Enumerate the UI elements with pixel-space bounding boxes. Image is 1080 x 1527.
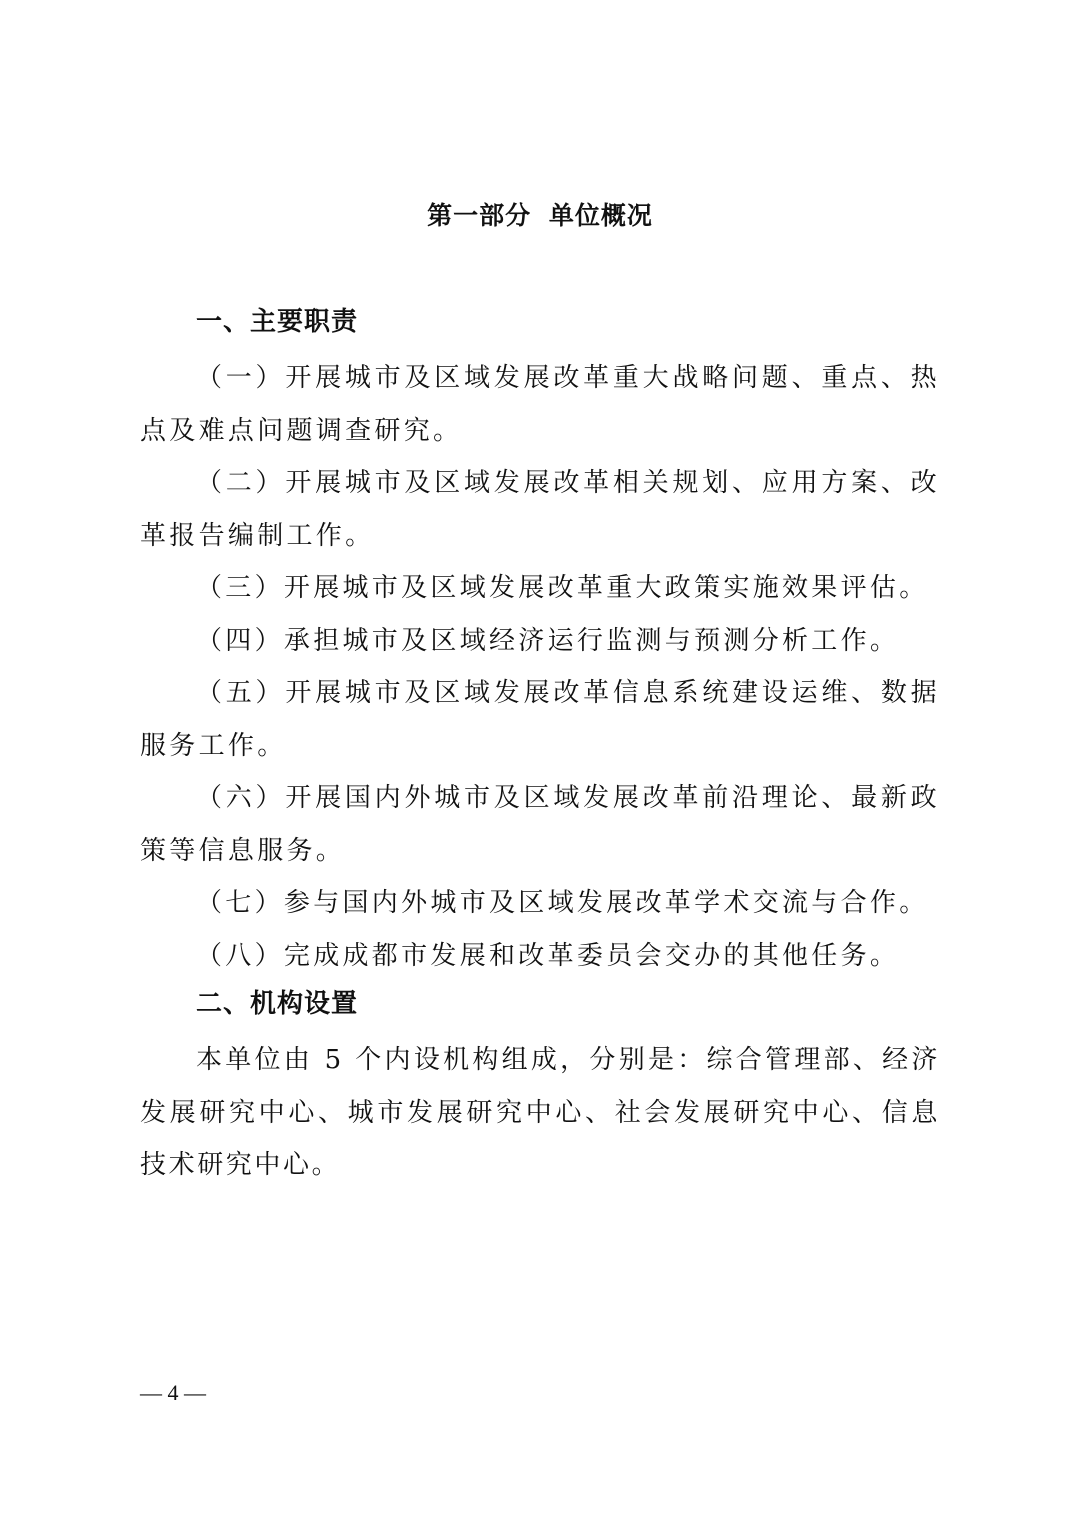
duty-item-1: （一）开展城市及区域发展改革重大战略问题、重点、热点及难点问题调查研究。: [140, 352, 940, 457]
section-heading-organization: 二、机构设置: [140, 982, 940, 1034]
section-heading-main-duties: 一、主要职责: [140, 300, 940, 352]
duty-item-3: （三）开展城市及区域发展改革重大政策实施效果评估。: [140, 562, 940, 615]
duty-item-4: （四）承担城市及区域经济运行监测与预测分析工作。: [140, 615, 940, 668]
page-number: — 4 —: [140, 1378, 206, 1408]
duty-item-8: （八）完成成都市发展和改革委员会交办的其他任务。: [140, 930, 940, 983]
duty-item-5: （五）开展城市及区域发展改革信息系统建设运维、数据服务工作。: [140, 667, 940, 772]
duty-item-6: （六）开展国内外城市及区域发展改革前沿理论、最新政策等信息服务。: [140, 772, 940, 877]
document-body: 一、主要职责 （一）开展城市及区域发展改革重大战略问题、重点、热点及难点问题调查…: [140, 300, 940, 1192]
duty-item-7: （七）参与国内外城市及区域发展改革学术交流与合作。: [140, 877, 940, 930]
organization-paragraph: 本单位由 5 个内设机构组成，分别是：综合管理部、经济发展研究中心、城市发展研究…: [140, 1034, 940, 1192]
duty-item-2: （二）开展城市及区域发展改革相关规划、应用方案、改革报告编制工作。: [140, 457, 940, 562]
page-title: 第一部分 单位概况: [0, 196, 1080, 236]
